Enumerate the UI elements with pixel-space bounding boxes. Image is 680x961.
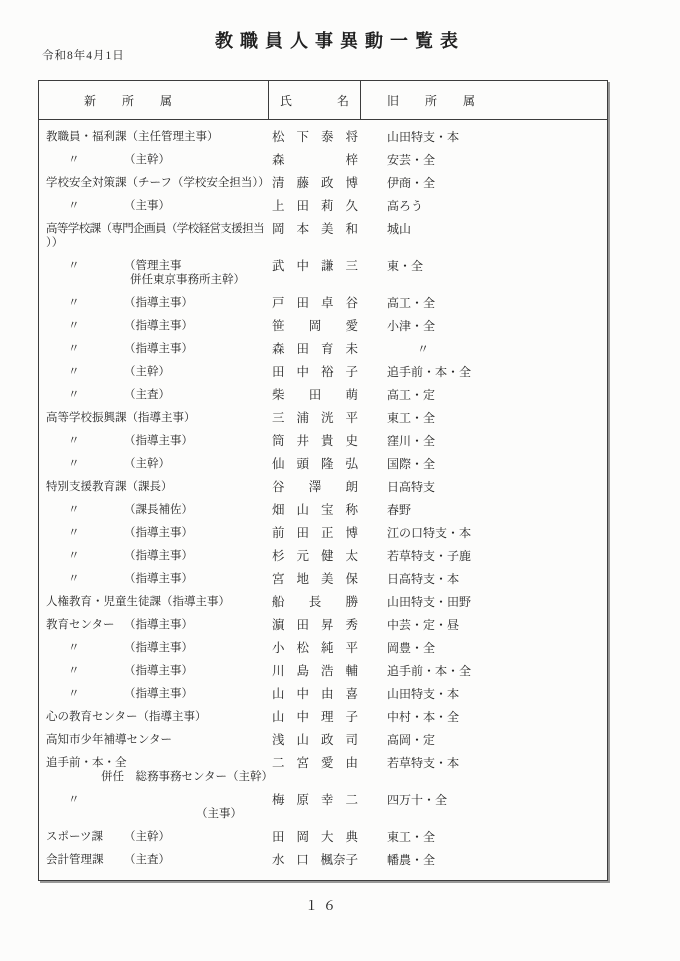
table-row: 〃（指導主事）戸田卓谷高工・全 [39,292,607,315]
old-affiliation-cell: 東・全 [361,259,607,273]
name-unit: 三 [272,411,285,425]
new-affiliation-cell: 〃（指導主事） [46,296,269,310]
name-unit: 濵 [272,618,285,632]
header-name: 氏 名 [269,81,361,119]
department-label: 〃 [46,259,124,273]
old-affiliation-cell: 高岡・定 [361,733,607,747]
name-unit: 卓 [321,296,334,310]
department-label: 〃 [46,434,124,448]
name-unit: 泰 [321,130,334,144]
name-unit: 山 [296,733,309,747]
position-label: （指導主事） [124,527,193,539]
new-affiliation-cell: 〃（主事） [46,199,269,213]
position-label: （指導主事） [124,435,193,447]
department-label: 〃 [46,641,124,655]
name-cell: 森梓 [269,153,361,167]
name-unit: 杉 [272,549,285,563]
table-row: 〃（主幹）田中裕子追手前・本・全 [39,361,607,384]
new-affiliation-cell: 〃（指導主事） [46,319,269,333]
table-row: 〃（主事）梅原幸二四万十・全 [39,789,607,826]
position-label: （主事） [124,200,170,212]
name-unit: 隆 [321,457,334,471]
table-row: 人権教育・児童生徒課（指導主事）船長勝山田特支・田野 [39,591,607,614]
name-unit: 二 [272,756,285,770]
table-row: 心の教育センター（指導主事）山中理子中村・本・全 [39,706,607,729]
old-affiliation-cell: 山田特支・田野 [361,595,607,609]
name-cell: 杉元健太 [269,549,361,563]
table-row: 教育センター（指導主事）濵田昇秀中芸・定・昼 [39,614,607,637]
position-label: （指導主事） [124,619,193,631]
name-unit: 弘 [345,457,358,471]
department-label: 高等学校課 [46,222,101,236]
position-label: （指導主事） [124,642,193,654]
name-unit: 育 [321,342,334,356]
table-row: 〃（管理主事併任東京事務所主幹）武中謙三東・全 [39,255,607,292]
name-unit: 森 [272,342,285,356]
table-row: 〃（指導主事）杉元健太若草特支・子鹿 [39,545,607,568]
department-label: 学校安全対策課 [46,176,127,190]
table-row: 教職員・福利課（主任管理主事）松下泰将山田特支・本 [39,126,607,149]
table-row: 〃（主幹）森梓安芸・全 [39,149,607,172]
name-unit: 莉 [321,199,334,213]
new-affiliation-line: 〃（指導主事） [46,319,269,333]
name-unit: 小 [272,641,285,655]
name-unit: 山 [272,710,285,724]
name-unit: 将 [345,130,358,144]
name-unit: 前 [272,526,285,540]
new-affiliation-line: 〃（管理主事 [46,259,269,273]
old-affiliation-cell: 窪川・全 [361,434,607,448]
name-unit: 健 [321,549,334,563]
name-unit: 宮 [272,572,285,586]
table-row: 〃（指導主事）宮地美保日高特支・本 [39,568,607,591]
old-affiliation-cell: 高工・定 [361,388,607,402]
department-label: 追手前・本・全 [46,756,127,770]
department-label: 特別支援教育課 [46,480,127,494]
new-affiliation-line: 〃（指導主事） [46,342,269,356]
old-affiliation-cell: 小津・全 [361,319,607,333]
new-affiliation-cell: 〃（主幹） [46,457,269,471]
name-unit: 史 [345,434,358,448]
position-label: （主幹） [124,831,170,843]
name-unit: 頭 [296,457,309,471]
new-affiliation-line: 追手前・本・全 [46,756,269,770]
name-unit: 大 [321,830,334,844]
table-row: 学校安全対策課（チーフ（学校安全担当））清藤政博伊商・全 [39,172,607,195]
name-unit: 谷 [272,480,285,494]
name-unit: 梅 [272,793,285,807]
name-unit: 原 [296,793,309,807]
name-unit: 由 [345,756,358,770]
name-unit: 朗 [345,480,358,494]
old-affiliation-cell: 四万十・全 [361,793,607,807]
name-unit: 二 [345,793,358,807]
name-unit: 長 [309,595,322,609]
new-affiliation-line: 〃（主事） [46,199,269,213]
old-affiliation-cell: 追手前・本・全 [361,365,607,379]
name-unit: 川 [272,664,285,678]
new-affiliation-line: 人権教育・児童生徒課（指導主事） [46,595,269,609]
table-row: 〃（課長補佐）畑山宝称春野 [39,499,607,522]
name-unit: 浅 [272,733,285,747]
name-unit: 正 [321,526,334,540]
name-unit: 宝 [321,503,334,517]
name-cell: 濵田昇秀 [269,618,361,632]
new-affiliation-line: 教職員・福利課（主任管理主事） [46,130,269,144]
name-unit: 口 [296,853,309,867]
name-unit: 田 [296,618,309,632]
position-label: （指導主事） [124,343,193,355]
new-affiliation-line: 〃（指導主事） [46,526,269,540]
name-unit: 宮 [296,756,309,770]
old-affiliation-cell: 山田特支・本 [361,130,607,144]
table-row: 会計管理課（主査）水口楓奈子幡農・全 [39,849,607,872]
position-label: （主幹） [124,154,170,166]
date-label: 令和8年4月1日 [42,47,125,63]
name-unit: 田 [272,830,285,844]
name-unit: 藤 [296,176,309,190]
department-label: 〃 [46,687,124,701]
position-label: （専門企画員（学校経営支援担当 [101,223,265,235]
department-label: 高知市少年補導センター [46,733,172,747]
new-affiliation-cell: 教育センター（指導主事） [46,618,269,632]
table-row: 〃（指導主事）前田正博江の口特支・本 [39,522,607,545]
name-unit: 秀 [345,618,358,632]
department-label: 〃 [46,319,124,333]
name-unit: 謙 [321,259,334,273]
table-header-row: 新 所 属 氏 名 旧 所 属 [39,81,607,120]
new-affiliation-cell: 〃（指導主事） [46,641,269,655]
name-unit: 岡 [296,830,309,844]
old-affiliation-cell: 高工・全 [361,296,607,310]
new-affiliation-line: 〃（指導主事） [46,296,269,310]
new-affiliation-line: 〃（指導主事） [46,572,269,586]
position-label: （指導主事） [124,573,193,585]
department-label: 教職員・福利課 [46,130,127,144]
old-affiliation-cell: 城山 [361,222,607,236]
department-label: スポーツ課 [46,830,124,844]
new-affiliation-cell: 高等学校振興課（指導主事） [46,411,269,425]
name-unit: 田 [272,365,285,379]
table-row: 〃（主査）柴田萌高工・定 [39,384,607,407]
name-unit: 純 [321,641,334,655]
name-unit: 谷 [345,296,358,310]
name-cell: 森田育未 [269,342,361,356]
name-unit: 美 [321,572,334,586]
name-unit: 貴 [321,434,334,448]
table-body: 教職員・福利課（主任管理主事）松下泰将山田特支・本〃（主幹）森梓安芸・全学校安全… [39,120,607,880]
name-unit: 喜 [345,687,358,701]
old-affiliation-cell: 安芸・全 [361,153,607,167]
name-unit: 中 [296,365,309,379]
name-unit: 子 [345,710,358,724]
name-unit: 山 [296,503,309,517]
name-cell: 戸田卓谷 [269,296,361,310]
name-unit: 田 [296,342,309,356]
old-affiliation-cell: 日高特支・本 [361,572,607,586]
department-label: 教育センター [46,618,124,632]
name-unit: 田 [296,199,309,213]
position-label: （主幹） [124,458,170,470]
old-affiliation-cell: 追手前・本・全 [361,664,607,678]
table-row: 〃（指導主事）森田育未〃 [39,338,607,361]
name-cell: 田中裕子 [269,365,361,379]
position-label: （課長） [127,481,173,493]
new-affiliation-line: 特別支援教育課（課長） [46,480,269,494]
old-affiliation-cell: 岡豊・全 [361,641,607,655]
department-label: 〃 [46,199,124,213]
new-affiliation-cell: 会計管理課（主査） [46,853,269,867]
document-header: 教職員人事異動一覧表 令和8年4月1日 [0,0,680,80]
position-second-line: （主事） [46,807,269,821]
new-affiliation-cell: 高等学校課（専門企画員（学校経営支援担当）） [46,222,269,250]
position-second-line: 併任 総務事務センター（主幹） [46,770,269,784]
name-unit: 畑 [272,503,285,517]
department-label: 〃 [46,365,124,379]
name-unit: 水 [272,853,285,867]
name-cell: 梅原幸二 [269,793,361,807]
name-cell: 上田莉久 [269,199,361,213]
department-label: 人権教育・児童生徒課 [46,595,161,609]
name-unit: 田 [309,388,322,402]
name-cell: 仙頭隆弘 [269,457,361,471]
name-unit: 清 [272,176,285,190]
new-affiliation-line: 〃（指導主事） [46,549,269,563]
position-label: （主査） [124,389,170,401]
department-label: 〃 [46,153,124,167]
name-unit: 本 [296,222,309,236]
name-unit: 勝 [345,595,358,609]
name-unit: 澤 [309,480,322,494]
position-label: （チーフ（学校安全担当）） [127,177,270,189]
header-name-last: 名 [337,92,349,109]
name-cell: 前田正博 [269,526,361,540]
new-affiliation-line: 〃（指導主事） [46,664,269,678]
name-unit: 筒 [272,434,285,448]
name-cell: 畑山宝称 [269,503,361,517]
new-affiliation-cell: 〃（指導主事） [46,687,269,701]
department-label: 〃 [46,526,124,540]
name-unit: 平 [345,411,358,425]
old-affiliation-cell: 日高特支 [361,480,607,494]
department-label: 〃 [46,664,124,678]
name-unit: 岡 [272,222,285,236]
new-affiliation-cell: 〃（主幹） [46,153,269,167]
position-label: （指導主事） [124,688,193,700]
name-unit: 井 [296,434,309,448]
new-affiliation-line: 教育センター（指導主事） [46,618,269,632]
table-row: 特別支援教育課（課長）谷澤朗日高特支 [39,476,607,499]
name-unit: 和 [345,222,358,236]
position-label: （指導主事） [127,412,196,424]
old-affiliation-cell: 幡農・全 [361,853,607,867]
new-affiliation-line: 〃（主幹） [46,365,269,379]
name-unit: 幸 [321,793,334,807]
name-unit: 地 [296,572,309,586]
new-affiliation-line: 〃（主幹） [46,457,269,471]
new-affiliation-line: 高知市少年補導センター [46,733,269,747]
name-unit: 田 [296,296,309,310]
name-unit: 仙 [272,457,285,471]
new-affiliation-line: 心の教育センター（指導主事） [46,710,269,724]
name-unit: 司 [345,733,358,747]
name-unit: 船 [272,595,285,609]
name-unit: 森 [272,153,285,167]
name-unit: 島 [296,664,309,678]
name-unit: 平 [345,641,358,655]
header-old-affiliation: 旧 所 属 [361,81,607,119]
name-cell: 山中由喜 [269,687,361,701]
new-affiliation-line: 学校安全対策課（チーフ（学校安全担当）） [46,176,269,190]
name-unit: 梓 [345,153,358,167]
new-affiliation-cell: 〃（指導主事） [46,572,269,586]
new-affiliation-line: スポーツ課（主幹） [46,830,269,844]
name-unit: 昇 [321,618,334,632]
new-affiliation-line: 〃（主幹） [46,153,269,167]
old-affiliation-cell: 高ろう [361,199,607,213]
position-label: （主任管理主事） [127,131,219,143]
department-label: 〃 [46,503,124,517]
department-label: 〃 [46,296,124,310]
position-label: （指導主事） [138,711,207,723]
table-row: 〃（指導主事）笹岡愛小津・全 [39,315,607,338]
name-unit: 愛 [345,319,358,333]
new-affiliation-cell: 〃（主査） [46,388,269,402]
page-number: １６ [38,895,608,914]
name-cell: 笹岡愛 [269,319,361,333]
name-unit: 岡 [309,319,322,333]
name-cell: 船長勝 [269,595,361,609]
name-cell: 筒井貴史 [269,434,361,448]
new-affiliation-cell: 〃（指導主事） [46,549,269,563]
name-unit: 上 [272,199,285,213]
department-label: 心の教育センター [46,710,138,724]
name-unit: 保 [345,572,358,586]
new-affiliation-cell: 特別支援教育課（課長） [46,480,269,494]
name-unit: 下 [296,130,309,144]
name-unit: 笹 [272,319,285,333]
new-affiliation-cell: 高知市少年補導センター [46,733,269,747]
table-row: 〃（指導主事）小松純平岡豊・全 [39,637,607,660]
name-unit: 戸 [272,296,285,310]
table-row: 追手前・本・全併任 総務事務センター（主幹）二宮愛由若草特支・本 [39,752,607,789]
position-label: （課長補佐） [124,504,193,516]
name-unit: 元 [296,549,309,563]
name-unit: 浩 [321,664,334,678]
department-label: 会計管理課 [46,853,124,867]
name-cell: 武中謙三 [269,259,361,273]
old-affiliation-cell: 山田特支・本 [361,687,607,701]
new-affiliation-cell: 学校安全対策課（チーフ（学校安全担当）） [46,176,269,190]
name-unit: 中 [296,710,309,724]
name-unit: 中 [296,259,309,273]
name-unit: 楓奈子 [320,853,358,867]
old-affiliation-cell: 江の口特支・本 [361,526,607,540]
name-unit: 未 [345,342,358,356]
new-affiliation-cell: スポーツ課（主幹） [46,830,269,844]
name-unit: 三 [345,259,358,273]
position-label: （管理主事 [124,260,182,272]
name-cell: 浅山政司 [269,733,361,747]
new-affiliation-line: 高等学校振興課（指導主事） [46,411,269,425]
table-row: 〃（指導主事）筒井貴史窪川・全 [39,430,607,453]
old-affiliation-cell: 中村・本・全 [361,710,607,724]
position-second-line: ）） [46,236,269,250]
old-affiliation-cell: 春野 [361,503,607,517]
name-unit: 称 [345,503,358,517]
position-label: （指導主事） [124,320,193,332]
table-row: 〃（主幹）仙頭隆弘国際・全 [39,453,607,476]
name-cell: 柴田萌 [269,388,361,402]
old-affiliation-cell: 中芸・定・昼 [361,618,607,632]
name-cell: 谷澤朗 [269,480,361,494]
table-row: 〃（指導主事）川島浩輔追手前・本・全 [39,660,607,683]
new-affiliation-cell: 〃（指導主事） [46,342,269,356]
new-affiliation-cell: 〃（主幹） [46,365,269,379]
name-cell: 田岡大典 [269,830,361,844]
header-new-affiliation: 新 所 属 [39,81,269,119]
old-affiliation-cell: 伊商・全 [361,176,607,190]
name-unit: 山 [272,687,285,701]
new-affiliation-line: 会計管理課（主査） [46,853,269,867]
department-label: 〃 [46,342,124,356]
old-affiliation-cell: 〃 [361,342,607,356]
personnel-table: 新 所 属 氏 名 旧 所 属 教職員・福利課（主任管理主事）松下泰将山田特支・… [38,80,608,881]
name-cell: 山中理子 [269,710,361,724]
name-unit: 博 [345,176,358,190]
name-cell: 宮地美保 [269,572,361,586]
new-affiliation-cell: 〃（主事） [46,793,269,821]
header-name-first: 氏 [280,92,292,109]
name-unit: 愛 [321,756,334,770]
new-affiliation-cell: 教職員・福利課（主任管理主事） [46,130,269,144]
name-unit: 松 [272,130,285,144]
name-unit: 中 [296,687,309,701]
new-affiliation-line: 〃（指導主事） [46,641,269,655]
position-second-line: 併任東京事務所主幹） [46,273,269,287]
name-unit: 松 [296,641,309,655]
table-row: 高等学校振興課（指導主事）三浦洸平東工・全 [39,407,607,430]
department-label: 〃 [46,793,124,807]
name-unit: 武 [272,259,285,273]
name-unit: 子 [345,365,358,379]
new-affiliation-line: 〃（指導主事） [46,434,269,448]
position-label: （主幹） [124,366,170,378]
table-row: 〃（主事）上田莉久高ろう [39,195,607,218]
department-label: 〃 [46,457,124,471]
old-affiliation-cell: 国際・全 [361,457,607,471]
name-cell: 小松純平 [269,641,361,655]
name-unit: 久 [345,199,358,213]
new-affiliation-line: 〃（課長補佐） [46,503,269,517]
new-affiliation-line: 〃（主査） [46,388,269,402]
old-affiliation-cell: 東工・全 [361,830,607,844]
name-unit: 柴 [272,388,285,402]
position-label: （指導主事） [124,297,193,309]
new-affiliation-cell: 〃（管理主事併任東京事務所主幹） [46,259,269,287]
name-unit: 洸 [321,411,334,425]
name-unit: 輔 [345,664,358,678]
name-unit: 裕 [321,365,334,379]
name-cell: 岡本美和 [269,222,361,236]
name-unit: 由 [321,687,334,701]
old-affiliation-cell: 東工・全 [361,411,607,425]
new-affiliation-cell: 〃（指導主事） [46,434,269,448]
new-affiliation-line: 〃（指導主事） [46,687,269,701]
name-unit: 博 [345,526,358,540]
table-row: 高知市少年補導センター浅山政司高岡・定 [39,729,607,752]
scanned-document-page: 教職員人事異動一覧表 令和8年4月1日 新 所 属 氏 名 旧 所 属 教職員・… [0,0,680,961]
